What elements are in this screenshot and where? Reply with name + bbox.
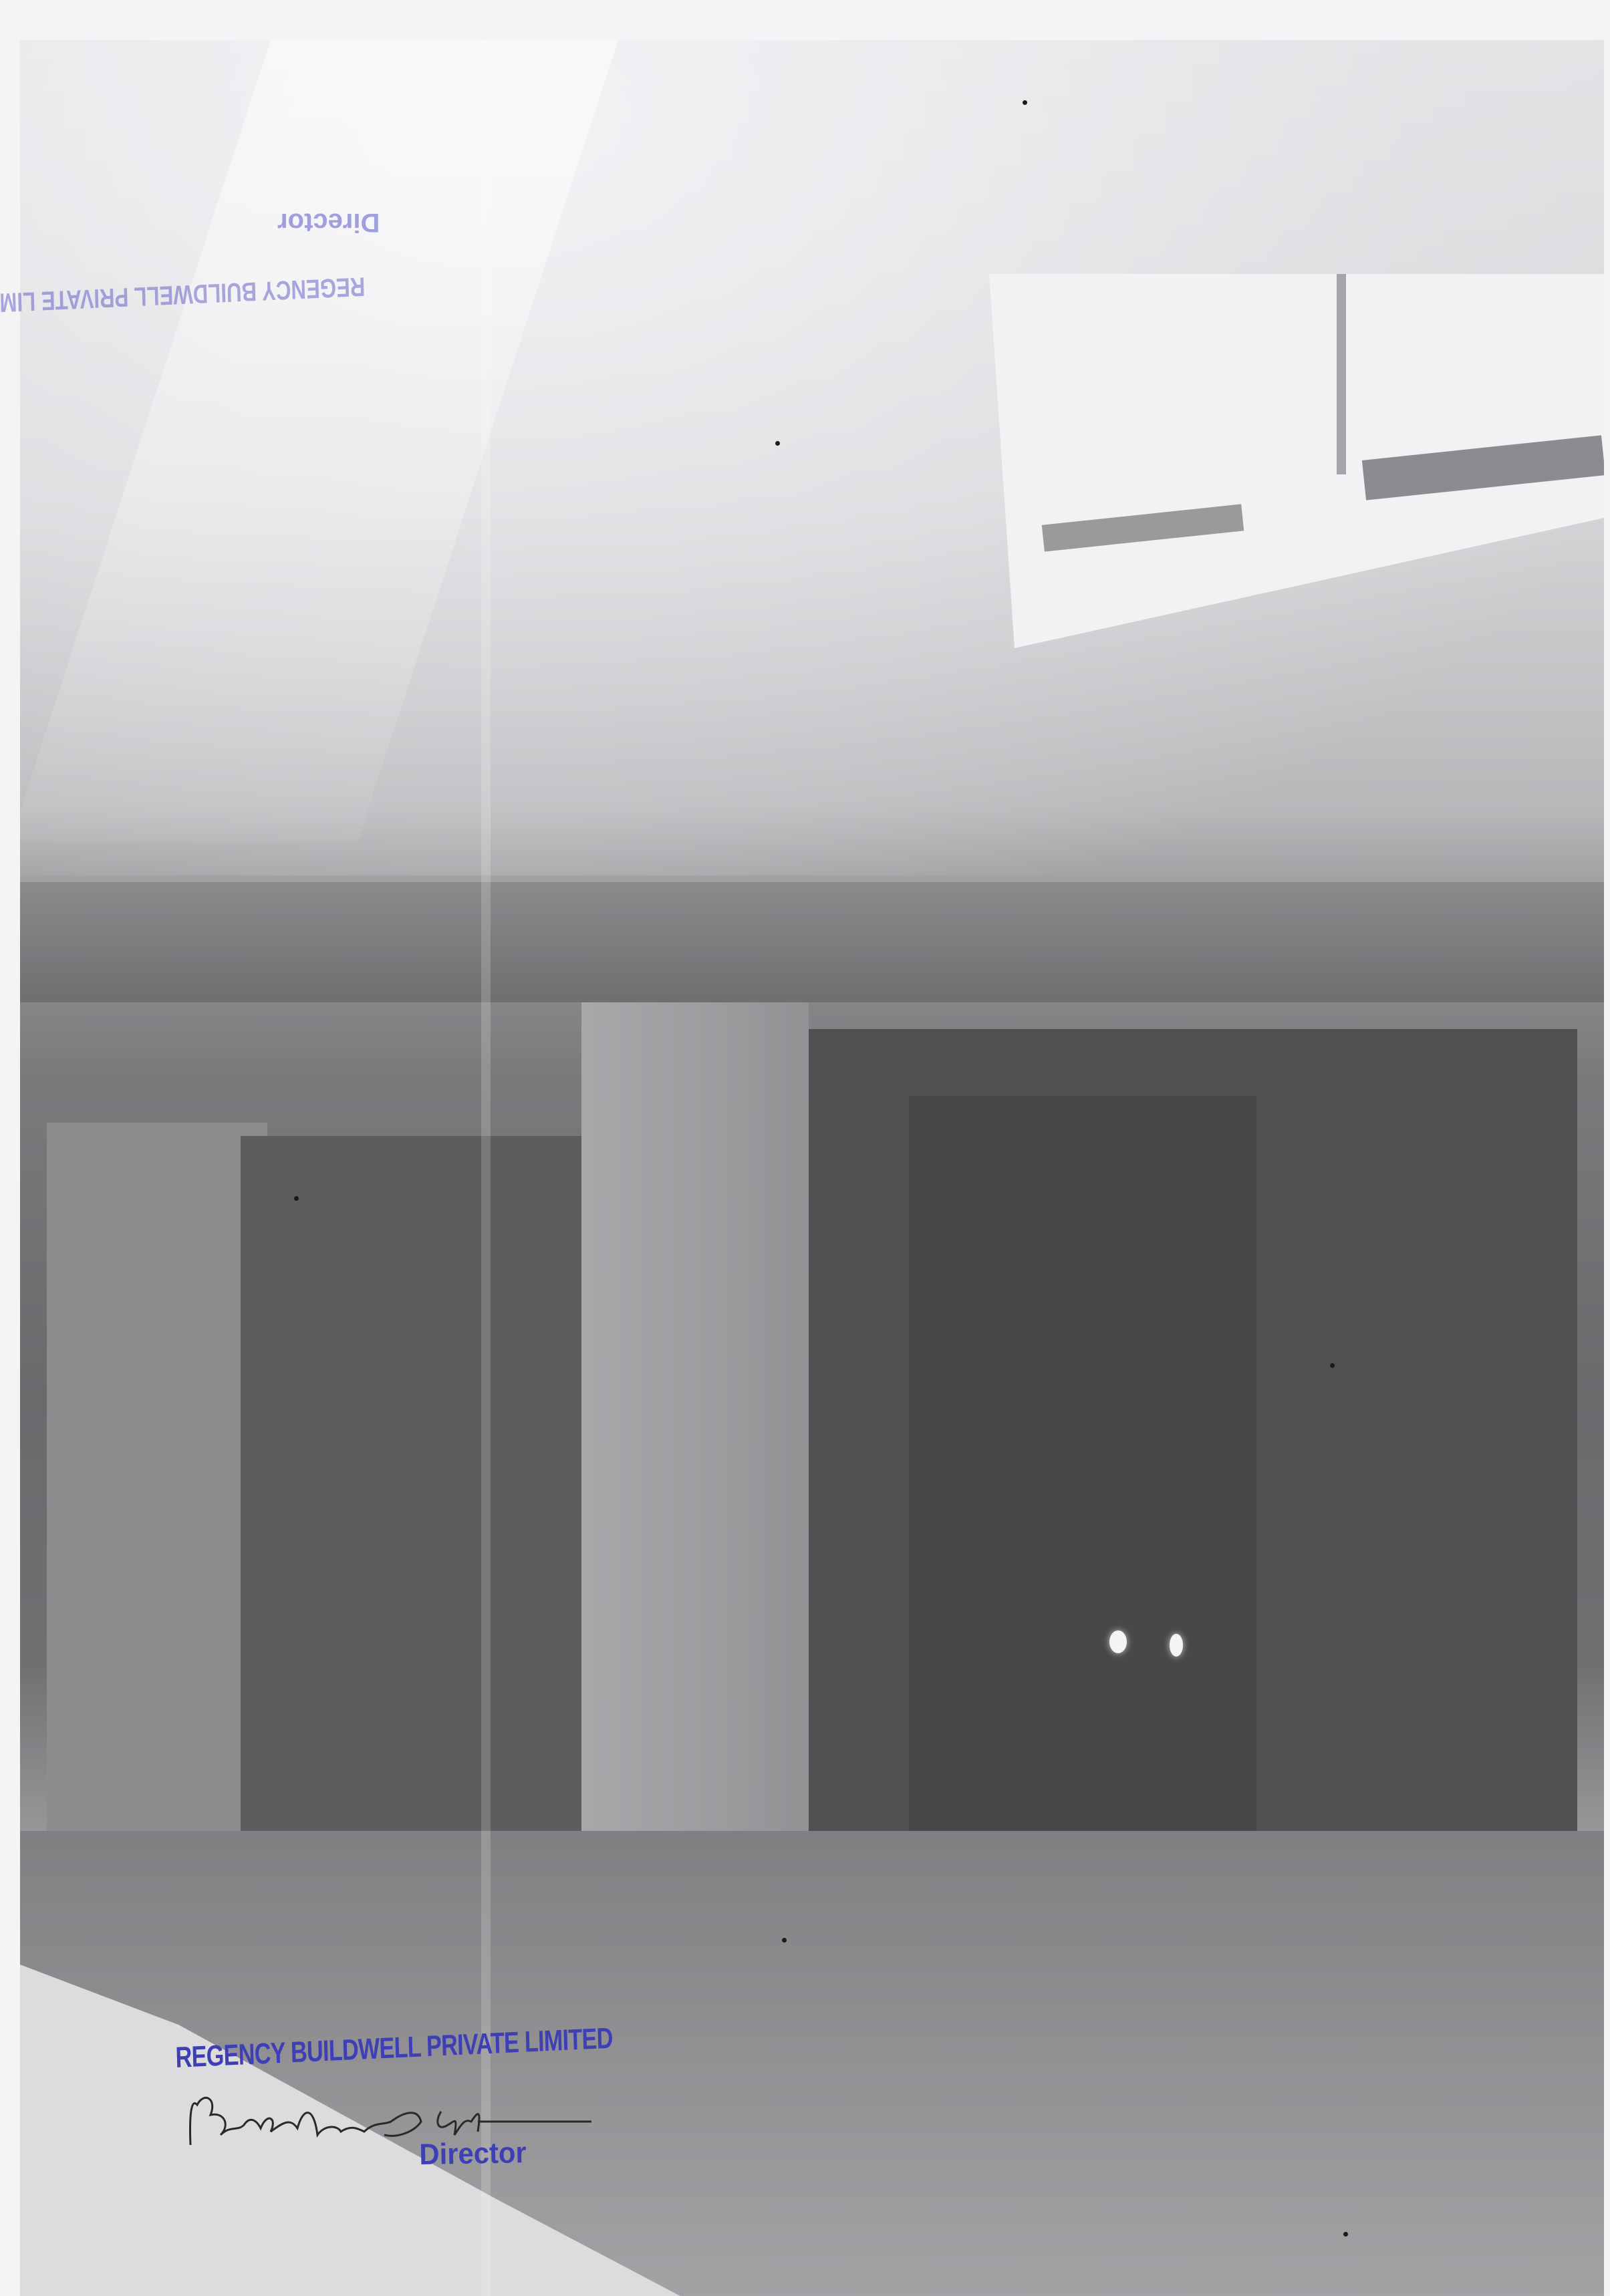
scan-speck [775, 441, 780, 446]
scan-speck [1023, 100, 1027, 105]
window-mullion [1337, 274, 1346, 474]
window-shadow [1042, 504, 1244, 551]
concrete-pillar [581, 1002, 809, 1871]
offset-stamp-title: Director [277, 207, 380, 237]
left-wall [47, 1123, 267, 1858]
ceiling-beam [20, 882, 1604, 1002]
scan-speck [1343, 2232, 1348, 2237]
scan-speck [782, 1938, 787, 1943]
window-shadow [1362, 435, 1604, 500]
building-photo [20, 40, 1604, 2296]
director-stamp: Director [419, 2136, 527, 2172]
scan-streak [481, 40, 491, 2296]
signature [184, 2085, 598, 2165]
light-dot [1170, 1634, 1183, 1657]
left-wall-shadow [241, 1136, 588, 1871]
scan-speck [294, 1196, 299, 1201]
document-page: Director REGENCY BUILDWELL PRIVATE LIMIT… [0, 0, 1610, 2296]
light-dot [1109, 1630, 1127, 1653]
right-wall-recess [909, 1096, 1256, 1864]
scan-speck [1330, 1363, 1335, 1368]
